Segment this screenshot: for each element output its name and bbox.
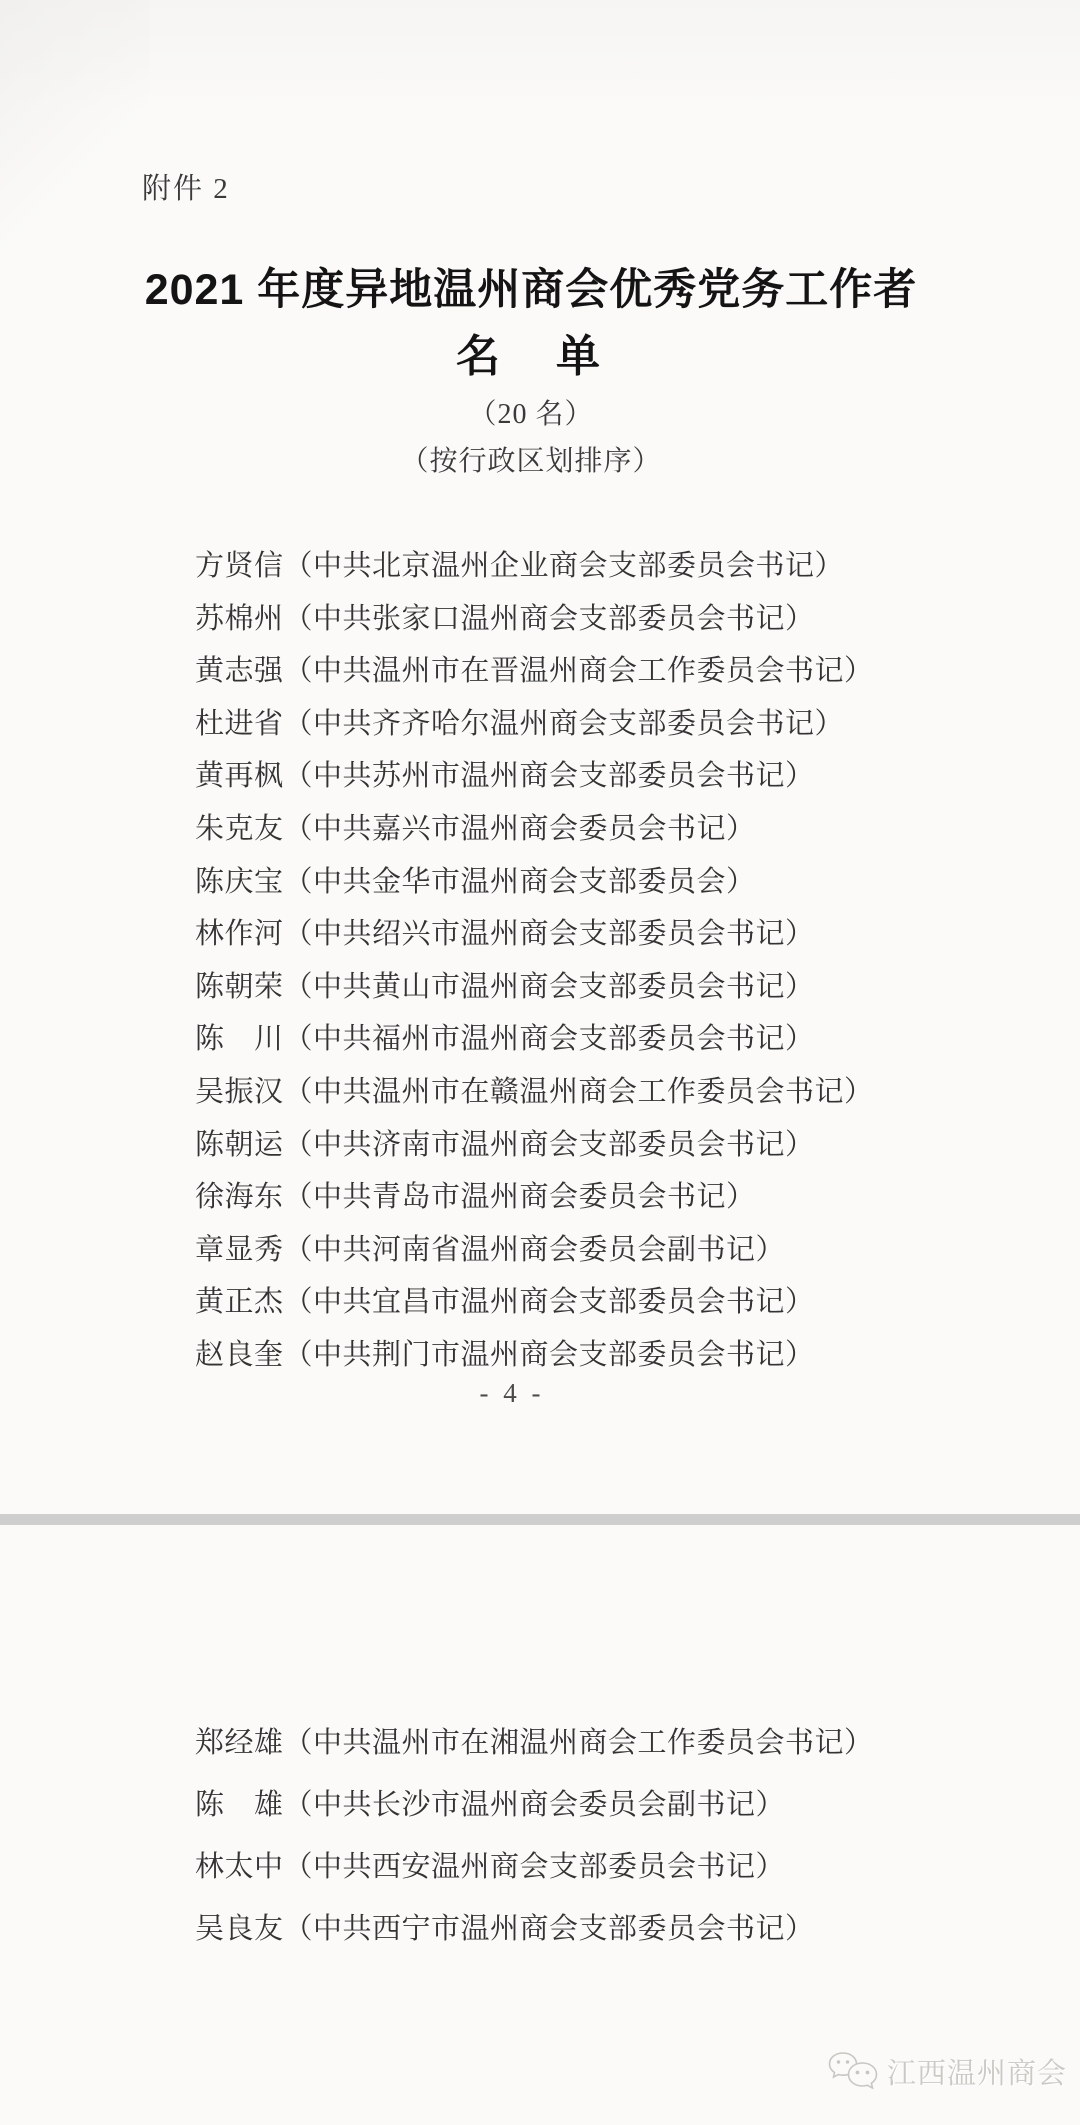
list-item: 吴振汉（中共温州市在赣温州商会工作委员会书记） [195, 1066, 1040, 1119]
list-item: 陈朝荣（中共黄山市温州商会支部委员会书记） [195, 961, 1040, 1014]
document-title-line2: 名 单 [0, 320, 1062, 384]
list-item: 朱克友（中共嘉兴市温州商会委员会书记） [195, 803, 1040, 856]
list-item: 陈庆宝（中共金华市温州商会支部委员会） [195, 856, 1040, 909]
list-item: 苏棉州（中共张家口温州商会支部委员会书记） [195, 593, 1040, 646]
scan-shade-top [0, 0, 1080, 110]
list-item: 陈 雄（中共长沙市温州商会委员会副书记） [195, 1774, 1040, 1836]
list-item: 赵良奎（中共荆门市温州商会支部委员会书记） [195, 1329, 1040, 1382]
list-item: 林作河（中共绍兴市温州商会支部委员会书记） [195, 908, 1040, 961]
list-item: 郑经雄（中共温州市在湘温州商会工作委员会书记） [195, 1712, 1040, 1774]
page-separator-band [0, 1514, 1080, 1525]
document-title-line1: 2021 年度异地温州商会优秀党务工作者 [0, 256, 1062, 317]
watermark-text: 江西温州商会 [887, 2051, 1067, 2092]
page-number: - 4 - [0, 1378, 1024, 1409]
scanned-document-page: 附件 2 2021 年度异地温州商会优秀党务工作者 名 单 （20 名） （按行… [0, 0, 1080, 2125]
count-note: （20 名） [0, 392, 1062, 432]
list-item: 黄志强（中共温州市在晋温州商会工作委员会书记） [195, 645, 1040, 698]
list-item: 黄再枫（中共苏州市温州商会支部委员会书记） [195, 750, 1040, 803]
list-item: 黄正杰（中共宜昌市温州商会支部委员会书记） [195, 1276, 1040, 1329]
wechat-icon [826, 2050, 880, 2092]
list-item: 陈 川（中共福州市温州商会支部委员会书记） [195, 1013, 1040, 1066]
list-item: 吴良友（中共西宁市温州商会支部委员会书记） [195, 1898, 1040, 1960]
list-item: 方贤信（中共北京温州企业商会支部委员会书记） [195, 540, 1040, 593]
list-item: 杜进省（中共齐齐哈尔温州商会支部委员会书记） [195, 698, 1040, 751]
sort-note: （按行政区划排序） [0, 439, 1062, 479]
watermark: 江西温州商会 [826, 2050, 1067, 2092]
list-item: 徐海东（中共青岛市温州商会委员会书记） [195, 1171, 1040, 1224]
list-item: 林太中（中共西安温州商会支部委员会书记） [195, 1836, 1040, 1898]
awardee-list-page2: 郑经雄（中共温州市在湘温州商会工作委员会书记） 陈 雄（中共长沙市温州商会委员会… [195, 1712, 1040, 1960]
awardee-list-page1: 方贤信（中共北京温州企业商会支部委员会书记） 苏棉州（中共张家口温州商会支部委员… [195, 540, 1040, 1382]
list-item: 章显秀（中共河南省温州商会委员会副书记） [195, 1224, 1040, 1277]
attachment-label: 附件 2 [142, 166, 230, 207]
scan-shade-corner [0, 0, 150, 250]
list-item: 陈朝运（中共济南市温州商会支部委员会书记） [195, 1119, 1040, 1172]
